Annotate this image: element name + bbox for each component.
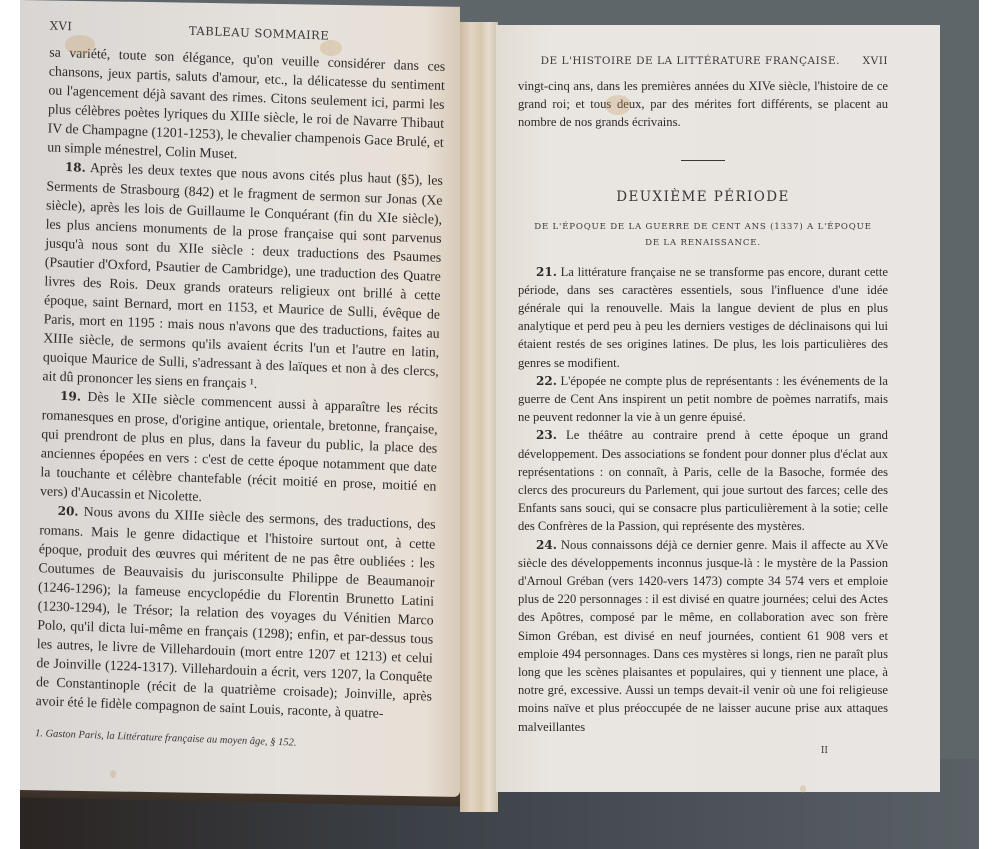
paragraph-text: L'épopée ne compte plus de représentants… [518, 374, 888, 424]
foxing-stain [605, 95, 631, 115]
left-page-number: XVI [50, 18, 73, 33]
paragraph-number: 24. [536, 538, 557, 552]
left-page: XVI TABLEAU SOMMAIRE sa variété, toute s… [20, 0, 460, 797]
paragraph-24: 24. Nous connaissons déjà ce dernier gen… [518, 536, 888, 736]
paragraph-number: 22. [536, 374, 557, 388]
signature-mark: II [518, 746, 888, 756]
paragraph-number: 19. [60, 389, 81, 404]
paragraph-number: 20. [58, 504, 79, 519]
footnote: 1. Gaston Paris, la Littérature français… [35, 728, 431, 754]
section-title: DEUXIÈME PÉRIODE [518, 189, 888, 205]
paragraph-number: 23. [536, 428, 557, 442]
left-running-title: TABLEAU SOMMAIRE [72, 19, 446, 47]
paragraph-20: 20. Nous avons du XIIIe siècle des sermo… [36, 500, 436, 724]
paragraph-number: 21. [536, 265, 557, 279]
foxing-stain [320, 40, 342, 56]
right-page-number: XVII [863, 55, 888, 67]
paragraph-text: Après les deux textes que nous avons cit… [42, 160, 443, 391]
section-subtitle-line-1: DE L'ÉPOQUE DE LA GUERRE DE CENT ANS (13… [518, 219, 888, 235]
right-page-content: DE L'HISTOIRE DE LA LITTÉRATURE FRANÇAIS… [518, 55, 888, 756]
paragraph-text: La littérature française ne se transform… [518, 265, 888, 370]
right-running-title: DE L'HISTOIRE DE LA LITTÉRATURE FRANÇAIS… [518, 55, 863, 67]
section-divider [681, 160, 725, 161]
paragraph-text: Le théâtre au contraire prend à cette ép… [518, 428, 888, 533]
foxing-stain [110, 770, 116, 778]
foxing-stain [65, 35, 95, 55]
foxing-stain [800, 785, 806, 793]
paragraph-text: Nous connaissons déjà ce dernier genre. … [518, 538, 888, 734]
left-running-head: XVI TABLEAU SOMMAIRE [50, 18, 446, 47]
paragraph-19: 19. Dès le XIIe siècle commencent aussi … [40, 385, 438, 514]
paragraph-22: 22. L'épopée ne compte plus de représent… [518, 372, 888, 427]
section-subtitle: DE L'ÉPOQUE DE LA GUERRE DE CENT ANS (13… [518, 219, 888, 251]
book-gutter [460, 22, 498, 812]
paragraph-number: 18. [65, 160, 86, 175]
paragraph-23: 23. Le théâtre au contraire prend à cett… [518, 426, 888, 535]
left-page-content: XVI TABLEAU SOMMAIRE sa variété, toute s… [35, 18, 446, 753]
right-running-head: DE L'HISTOIRE DE LA LITTÉRATURE FRANÇAIS… [518, 55, 888, 67]
photo-scene: XVI TABLEAU SOMMAIRE sa variété, toute s… [20, 0, 979, 849]
section-subtitle-line-2: DE LA RENAISSANCE. [518, 235, 888, 251]
right-page: DE L'HISTOIRE DE LA LITTÉRATURE FRANÇAIS… [496, 25, 940, 792]
paragraph-text: Nous avons du XIIIe siècle des sermons, … [36, 504, 436, 721]
paragraph-17-continued: sa variété, toute son élégance, qu'on ve… [47, 42, 445, 170]
paragraph-21: 21. La littérature française ne se trans… [518, 263, 888, 372]
intro-paragraph: vingt-cinq ans, dans les premières année… [518, 77, 888, 132]
paragraph-text: Dès le XIIe siècle commencent aussi à ap… [40, 389, 438, 504]
paragraph-18: 18. Après les deux textes que nous avons… [42, 156, 443, 399]
